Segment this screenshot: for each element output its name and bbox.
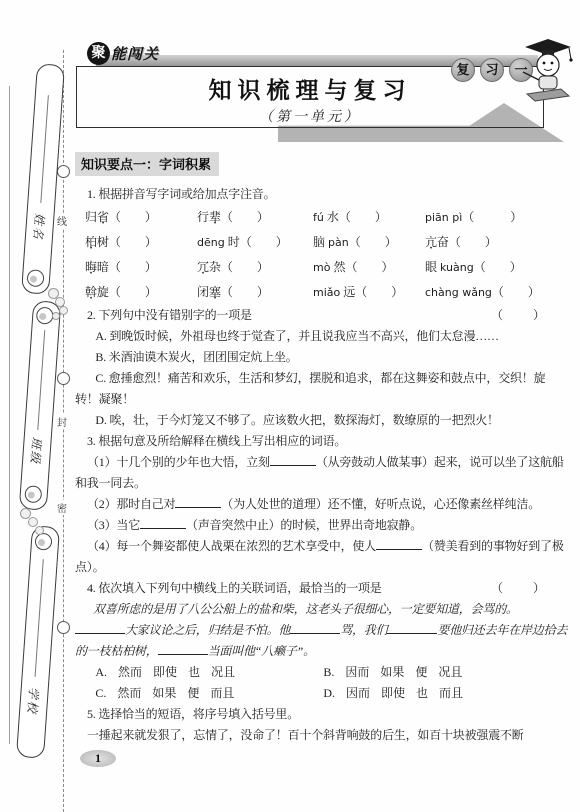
- pinyin-item: fú 水（ ）: [313, 205, 425, 230]
- pinyin-item: 晦暗（ ）: [85, 255, 197, 280]
- seal-char: 封: [55, 414, 69, 429]
- binding-hole-icon: [57, 165, 70, 178]
- binding-hole-icon: [57, 621, 70, 634]
- chain-link-icon: [59, 306, 68, 315]
- school-write-line: [35, 559, 44, 677]
- option-row: A. 然而 即使 也 况且B. 因而 如果 便 况且: [75, 662, 547, 683]
- text-line: （4）每一个舞姿都使人战栗在浓烈的艺术享受中，使人（赞美看到的事物好到了极: [75, 536, 547, 557]
- pinyin-item: miǎo 远（ ）: [313, 280, 425, 305]
- badge-circle: 习: [480, 58, 504, 82]
- text-line: C. 愈捶愈烈！痛苦和欢乐，生活和梦幻，摆脱和追求，都在这舞姿和鼓点中，交织！旋: [75, 368, 547, 389]
- text-line: （2）那时自己对（为人处世的道理）还不懂，好听点说，心还像素丝样纯洁。: [75, 494, 547, 515]
- tag-hole-icon: [24, 485, 42, 503]
- text-line: （1）十几个别的少年也大悟，立刻（从旁鼓动人做某事）起来，说可以坐了这航船: [75, 452, 547, 473]
- pinyin-item: chàng wǎng（ ）: [425, 280, 547, 305]
- text-line: 3. 根据句意及所给解释在横线上写出相应的词语。: [75, 431, 547, 452]
- seal-char: 密: [55, 500, 69, 515]
- chain-link-icon: [35, 526, 44, 535]
- name-tag: 姓名: [21, 63, 65, 294]
- text-line: 转！凝聚！: [75, 389, 547, 410]
- option-row: C. 然而 如果 便 而且D. 因而 即使 也 而且: [75, 683, 547, 704]
- pinyin-item: 眼 kuàng（ ）: [425, 255, 547, 280]
- brand-text: 能闯关: [111, 43, 159, 64]
- section-heading: 知识要点一：字词积累: [75, 152, 219, 176]
- option-right: D. 因而 即使 也 而且: [323, 686, 463, 700]
- text-line: A. 到晚饭时候，外祖母也终于觉查了，并且说我应当不高兴，他们太怠漫……: [75, 326, 547, 347]
- name-write-line: [40, 95, 49, 203]
- badge-circle: 复: [451, 58, 475, 82]
- text-line: 双喜所虑的是用了八公公船上的盐和柴，这老头子很细心，一定要知道，会骂的。: [75, 599, 547, 620]
- text-line: 1. 根据拼音写字词或给加点字注音。: [75, 184, 547, 205]
- text-line: 和我一同去。: [75, 473, 547, 494]
- option-right: B. 因而 如果 便 况且: [323, 665, 462, 679]
- tag-hole-icon: [26, 269, 44, 287]
- pinyin-item: piān pì（ ）: [425, 205, 547, 230]
- page-edge-line: [9, 86, 10, 744]
- option-left: C. 然而 如果 便 而且: [95, 683, 323, 704]
- text-line: D. 唉，壮，于今灯笼又不够了。应该数火把，数探海灯，数缭原的一把烈火！: [75, 410, 547, 431]
- answer-paren: （ ）: [491, 305, 547, 326]
- name-tag-label: 姓名: [31, 212, 49, 241]
- pinyin-item: 脑 pàn（ ）: [313, 230, 425, 255]
- body: 1. 根据拼音写字词或给加点字注音。归省（ ）行辈（ ）fú 水（ ）piān …: [75, 184, 547, 746]
- pinyin-item: 闭塞（ ）: [197, 280, 313, 305]
- text-line: （ ）2. 下列句中没有错别字的一项是: [75, 305, 547, 326]
- worksheet-page: 线 封 密 姓名 班级 学校 知识梳理与复习 （第一单元） 聚 能闯关 复 习 …: [0, 0, 580, 812]
- text-line: 的一枝枯柏树，当面叫他“八癞子”。: [75, 641, 547, 662]
- answer-paren: （ ）: [491, 578, 547, 599]
- text-line: 点）。: [75, 557, 547, 578]
- class-tag-label: 班级: [28, 436, 46, 465]
- pinyin-row: 斡旋（ ）闭塞（ ）miǎo 远（ ）chàng wǎng（ ）: [85, 280, 547, 305]
- chain-link-icon: [52, 312, 60, 320]
- class-tag: 班级: [19, 300, 62, 510]
- binding-hole-icon: [57, 372, 70, 385]
- text-line: 一捶起来就发狠了，忘情了，没命了！百十个斜背响鼓的后生，如百十块被强震不断: [75, 725, 547, 746]
- school-tag: 学校: [16, 525, 60, 758]
- text-line: B. 米酒油谟木炭火，团团围定炕上坐。: [75, 347, 547, 368]
- tag-hole-icon: [34, 533, 52, 551]
- text-line: 5. 选择恰当的短语，将序号填入括号里。: [75, 704, 547, 725]
- pinyin-row: 柏树（ ）dēng 时（ ）脑 pàn（ ）亢奋（ ）: [85, 230, 547, 255]
- brand-circle: 聚: [87, 42, 110, 65]
- pinyin-item: 斡旋（ ）: [85, 280, 197, 305]
- pinyin-item: 归省（ ）: [85, 205, 197, 230]
- pinyin-item: mò 然（ ）: [313, 255, 425, 280]
- option-left: A. 然而 即使 也 况且: [95, 662, 323, 683]
- school-tag-label: 学校: [25, 686, 43, 715]
- pinyin-item: 行辈（ ）: [197, 205, 313, 230]
- pinyin-grid: 归省（ ）行辈（ ）fú 水（ ）piān pì（ ）柏树（ ）dēng 时（ …: [75, 205, 547, 305]
- page-subtitle: （第一单元）: [77, 106, 543, 126]
- seal-char: 线: [55, 213, 69, 228]
- text-line: （3）当它（声音突然中止）的时候，世界出奇地寂静。: [75, 515, 547, 536]
- class-write-line: [37, 330, 45, 430]
- page-number: 1: [80, 750, 116, 767]
- pinyin-row: 晦暗（ ）冗杂（ ）mò 然（ ）眼 kuàng（ ）: [85, 255, 547, 280]
- pinyin-row: 归省（ ）行辈（ ）fú 水（ ）piān pì（ ）: [85, 205, 547, 230]
- brand-logo: 聚 能闯关: [87, 42, 159, 65]
- pinyin-item: 亢奋（ ）: [425, 230, 547, 255]
- pinyin-item: 冗杂（ ）: [197, 255, 313, 280]
- graduate-mascot-icon: [521, 36, 575, 102]
- text-line: 大家议论之后，归结是不怕。他骂，我们要他归还去年在岸边拾去: [75, 620, 547, 641]
- text-line: （ ）4. 依次填入下列句中横线上的关联词语，最恰当的一项是: [75, 578, 547, 599]
